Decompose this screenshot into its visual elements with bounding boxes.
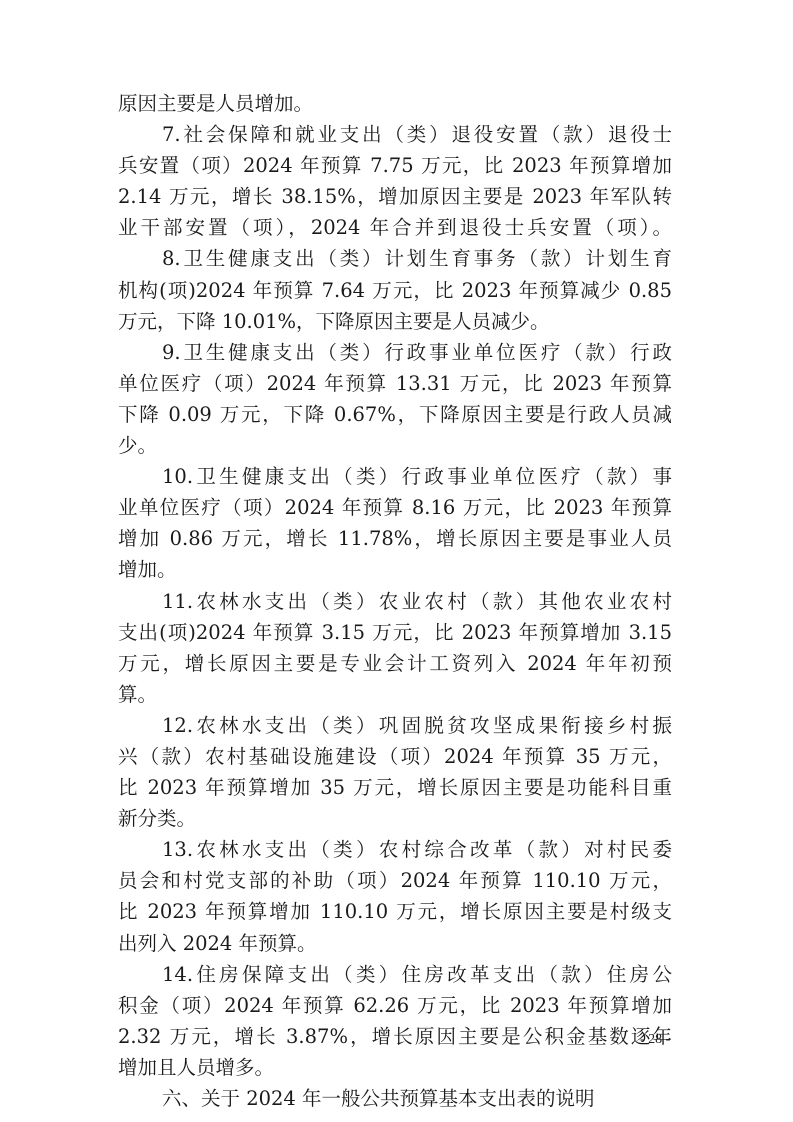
- paragraph-13-line: 员会和村党支部的补助（项）2024 年预算 110.10 万元，: [118, 865, 672, 896]
- paragraph-7-line: 业干部安置（项），2024 年合并到退役士兵安置（项）。: [118, 212, 672, 243]
- paragraph-14-line: 2.32 万元，增长 3.87%，增长原因主要是公积金基数逐年: [118, 1021, 672, 1052]
- paragraph-9-line: 少。: [118, 430, 672, 461]
- paragraph-7-line: 2.14 万元，增长 38.15%，增加原因主要是 2023 年军队转: [118, 181, 672, 212]
- paragraph-13-line: 出列入 2024 年预算。: [118, 928, 672, 959]
- paragraph-9-line: 下降 0.09 万元，下降 0.67%，下降原因主要是行政人员减: [118, 399, 672, 430]
- paragraph-11-line: 11.农林水支出（类）农业农村（款）其他农业农村: [118, 586, 672, 617]
- paragraph-10-line: 10.卫生健康支出（类）行政事业单位医疗（款）事: [118, 461, 672, 492]
- document-page: 原因主要是人员增加。 7.社会保障和就业支出（类）退役安置（款）退役士 兵安置（…: [0, 0, 793, 1122]
- paragraph-11-line: 算。: [118, 679, 672, 710]
- page-number: - 28 -: [640, 1032, 670, 1048]
- paragraph-line: 原因主要是人员增加。: [118, 88, 672, 119]
- paragraph-14-line: 增加且人员增多。: [118, 1052, 672, 1083]
- paragraph-14-line: 14.住房保障支出（类）住房改革支出（款）住房公: [118, 959, 672, 990]
- paragraph-9-line: 单位医疗（项）2024 年预算 13.31 万元，比 2023 年预算: [118, 368, 672, 399]
- paragraph-10-line: 增加 0.86 万元，增长 11.78%，增长原因主要是事业人员: [118, 523, 672, 554]
- paragraph-12-line: 比 2023 年预算增加 35 万元，增长原因主要是功能科目重: [118, 772, 672, 803]
- paragraph-13-line: 比 2023 年预算增加 110.10 万元，增长原因主要是村级支: [118, 896, 672, 927]
- paragraph-14-line: 积金（项）2024 年预算 62.26 万元，比 2023 年预算增加: [118, 990, 672, 1021]
- paragraph-13-line: 13.农林水支出（类）农村综合改革（款）对村民委: [118, 834, 672, 865]
- paragraph-9-line: 9.卫生健康支出（类）行政事业单位医疗（款）行政: [118, 337, 672, 368]
- paragraph-12-line: 12.农林水支出（类）巩固脱贫攻坚成果衔接乡村振: [118, 710, 672, 741]
- paragraph-8-line: 万元，下降 10.01%，下降原因主要是人员减少。: [118, 306, 672, 337]
- paragraph-8-line: 8.卫生健康支出（类）计划生育事务（款）计划生育: [118, 243, 672, 274]
- paragraph-12-line: 新分类。: [118, 803, 672, 834]
- section-heading-6: 六、关于 2024 年一般公共预算基本支出表的说明: [118, 1083, 672, 1114]
- paragraph-10-line: 业单位医疗（项）2024 年预算 8.16 万元，比 2023 年预算: [118, 492, 672, 523]
- paragraph-8-line: 机构(项)2024 年预算 7.64 万元，比 2023 年预算减少 0.85: [118, 275, 672, 306]
- paragraph-7-line: 7.社会保障和就业支出（类）退役安置（款）退役士: [118, 119, 672, 150]
- paragraph-12-line: 兴（款）农村基础设施建设（项）2024 年预算 35 万元，: [118, 741, 672, 772]
- paragraph-7-line: 兵安置（项）2024 年预算 7.75 万元，比 2023 年预算增加: [118, 150, 672, 181]
- body-text: 原因主要是人员增加。 7.社会保障和就业支出（类）退役安置（款）退役士 兵安置（…: [118, 88, 672, 1114]
- paragraph-10-line: 增加。: [118, 554, 672, 585]
- paragraph-11-line: 支出(项)2024 年预算 3.15 万元，比 2023 年预算增加 3.15: [118, 617, 672, 648]
- paragraph-11-line: 万元，增长原因主要是专业会计工资列入 2024 年年初预: [118, 648, 672, 679]
